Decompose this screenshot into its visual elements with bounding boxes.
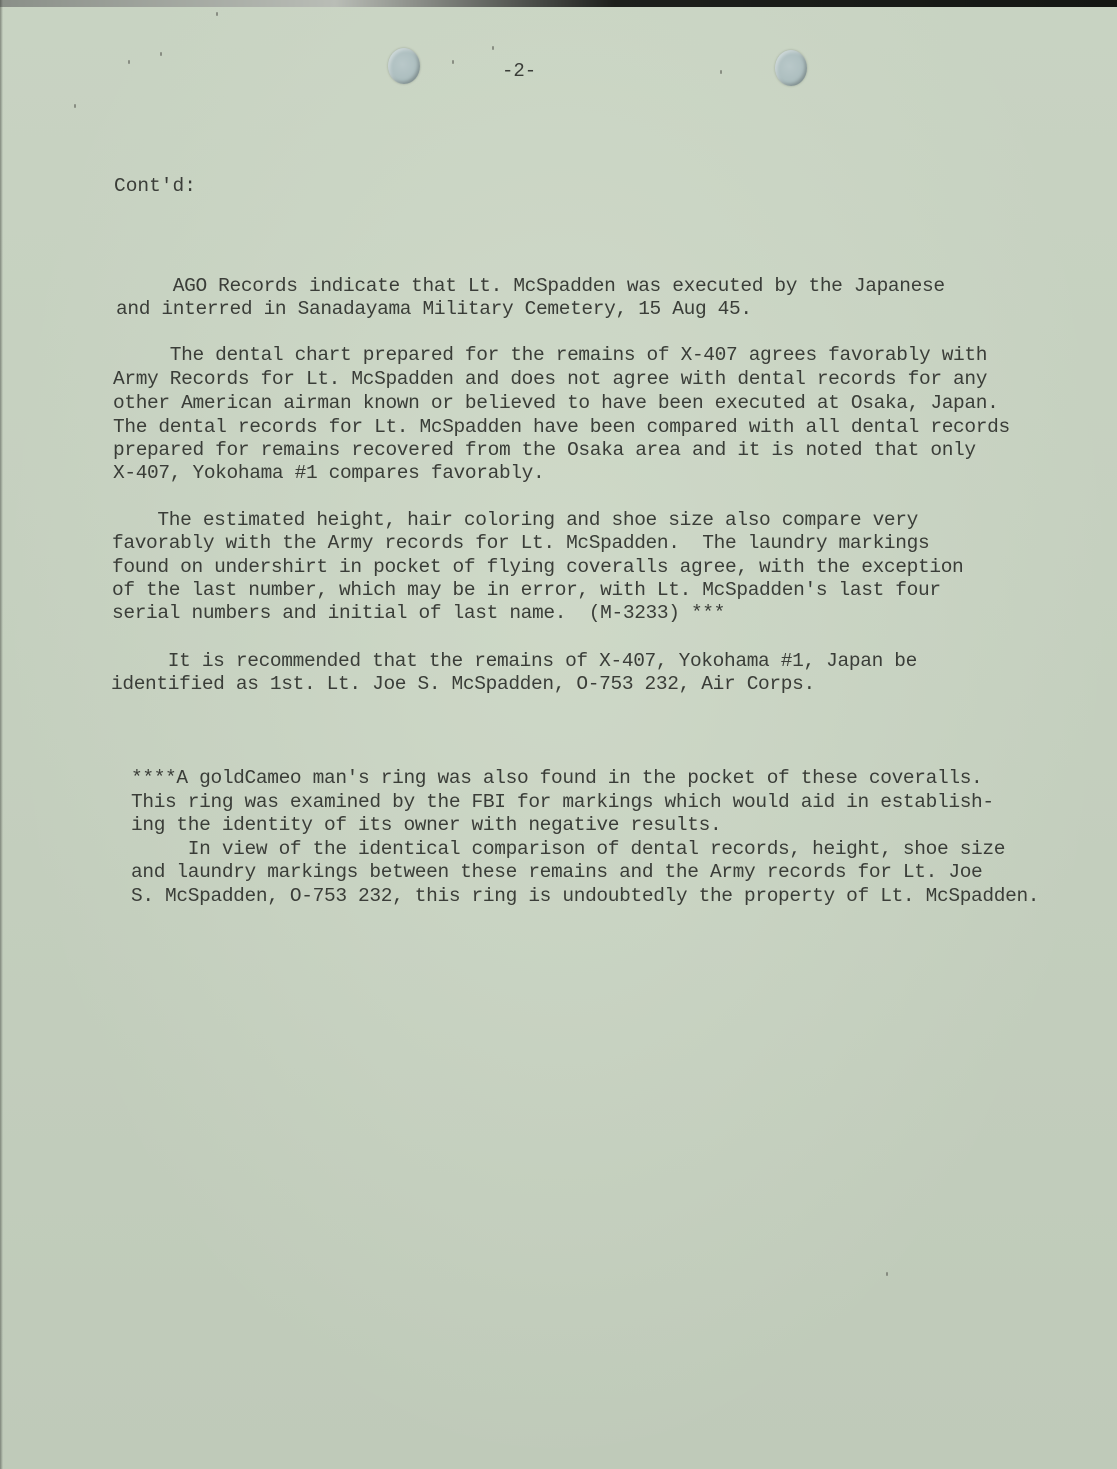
paper-speck [886,1272,888,1276]
paper-speck [216,12,218,16]
text-line: and interred in Sanadayama Military Ceme… [116,298,752,321]
scan-left-edge [0,0,3,1469]
paper-speck [452,60,454,64]
text-line: serial numbers and initial of last name.… [112,602,725,625]
text-line: The estimated height, hair coloring and … [112,509,918,532]
text-line: In view of the identical comparison of d… [131,838,1005,861]
text-line: The dental records for Lt. McSpadden hav… [113,416,1010,439]
text-line: ing the identity of its owner with negat… [131,814,721,837]
text-line: It is recommended that the remains of X-… [111,650,917,673]
text-line: and laundry markings between these remai… [131,861,982,884]
punch-hole-left-icon [388,48,420,84]
text-line: favorably with the Army records for Lt. … [112,532,929,555]
text-line: identified as 1st. Lt. Joe S. McSpadden,… [111,673,815,696]
paper-speck [74,104,76,108]
text-line: other American airman known or believed … [113,392,998,415]
text-line: S. McSpadden, O-753 232, this ring is un… [131,885,1039,908]
paper-speck [492,46,494,50]
punch-hole-right-icon [775,50,807,86]
text-line: The dental chart prepared for the remain… [113,344,987,367]
paper-speck [128,60,130,64]
paper-speck [720,70,722,74]
text-line: of the last number, which may be in erro… [112,579,941,602]
text-line: ****A goldCameo man's ring was also foun… [131,767,982,790]
text-line: AGO Records indicate that Lt. McSpadden … [116,275,945,298]
document-page: -2- Cont'd: AGO Records indicate that Lt… [0,0,1117,1469]
scan-top-edge [0,0,1117,7]
text-line: X-407, Yokohama #1 compares favorably. [113,462,544,485]
text-line: prepared for remains recovered from the … [113,439,976,462]
text-line: Army Records for Lt. McSpadden and does … [113,368,987,391]
paper-speck [160,52,162,56]
text-line: This ring was examined by the FBI for ma… [131,791,994,814]
page-number: -2- [502,60,536,82]
text-line: found on undershirt in pocket of flying … [112,556,963,579]
continued-label: Cont'd: [114,175,196,197]
